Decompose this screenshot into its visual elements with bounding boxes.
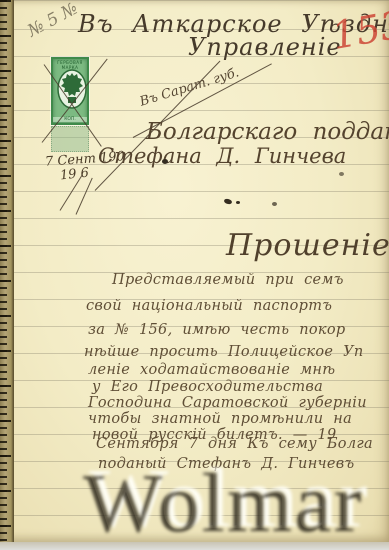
body-line: нѣйше просить Полицейское Уп: [84, 344, 364, 360]
body-line: у Его Превосходительства: [92, 379, 323, 395]
measuring-ruler-edge: [0, 0, 14, 550]
header-line-2: Управленіе: [188, 33, 342, 61]
wolmar-watermark: Wolmar: [86, 452, 367, 549]
stamp-date-line-2: 19 6: [59, 166, 89, 184]
body-line-date: Сентября 7 дня Къ сему Болга: [96, 436, 373, 452]
ink-blot: [236, 201, 240, 204]
ruler-major-ticks: [0, 0, 11, 550]
ink-blot: [162, 159, 168, 164]
scan-background-edge: [0, 542, 389, 550]
revenue-stamp: ГЕРБОВАЯ МАРКА КОП.: [51, 57, 89, 125]
ink-blot: [339, 172, 344, 176]
body-line: Господина Саратовской губерніи: [88, 395, 367, 411]
petition-title: Прошеніе: [226, 228, 389, 263]
body-line: свой національный паспортъ: [86, 298, 332, 314]
addressee-line-1: Болгарскаго подданнаго: [146, 119, 389, 145]
body-line: за № 156, имѣю честь покор: [88, 322, 345, 338]
stamp-lower-fragment: [51, 126, 89, 152]
ink-blot: [272, 202, 277, 206]
body-line: Представляемый при семъ: [112, 272, 344, 288]
body-line: чтобы знатной промѣнили на: [88, 411, 352, 427]
document-scan: № 5 № Въ Аткарское Уѣздное Пол. Управлен…: [0, 0, 389, 550]
addressee-line-2: Стефана Д. Гинчева: [98, 144, 346, 168]
body-line: леніе ходатайствованіе мнѣ: [88, 362, 335, 378]
